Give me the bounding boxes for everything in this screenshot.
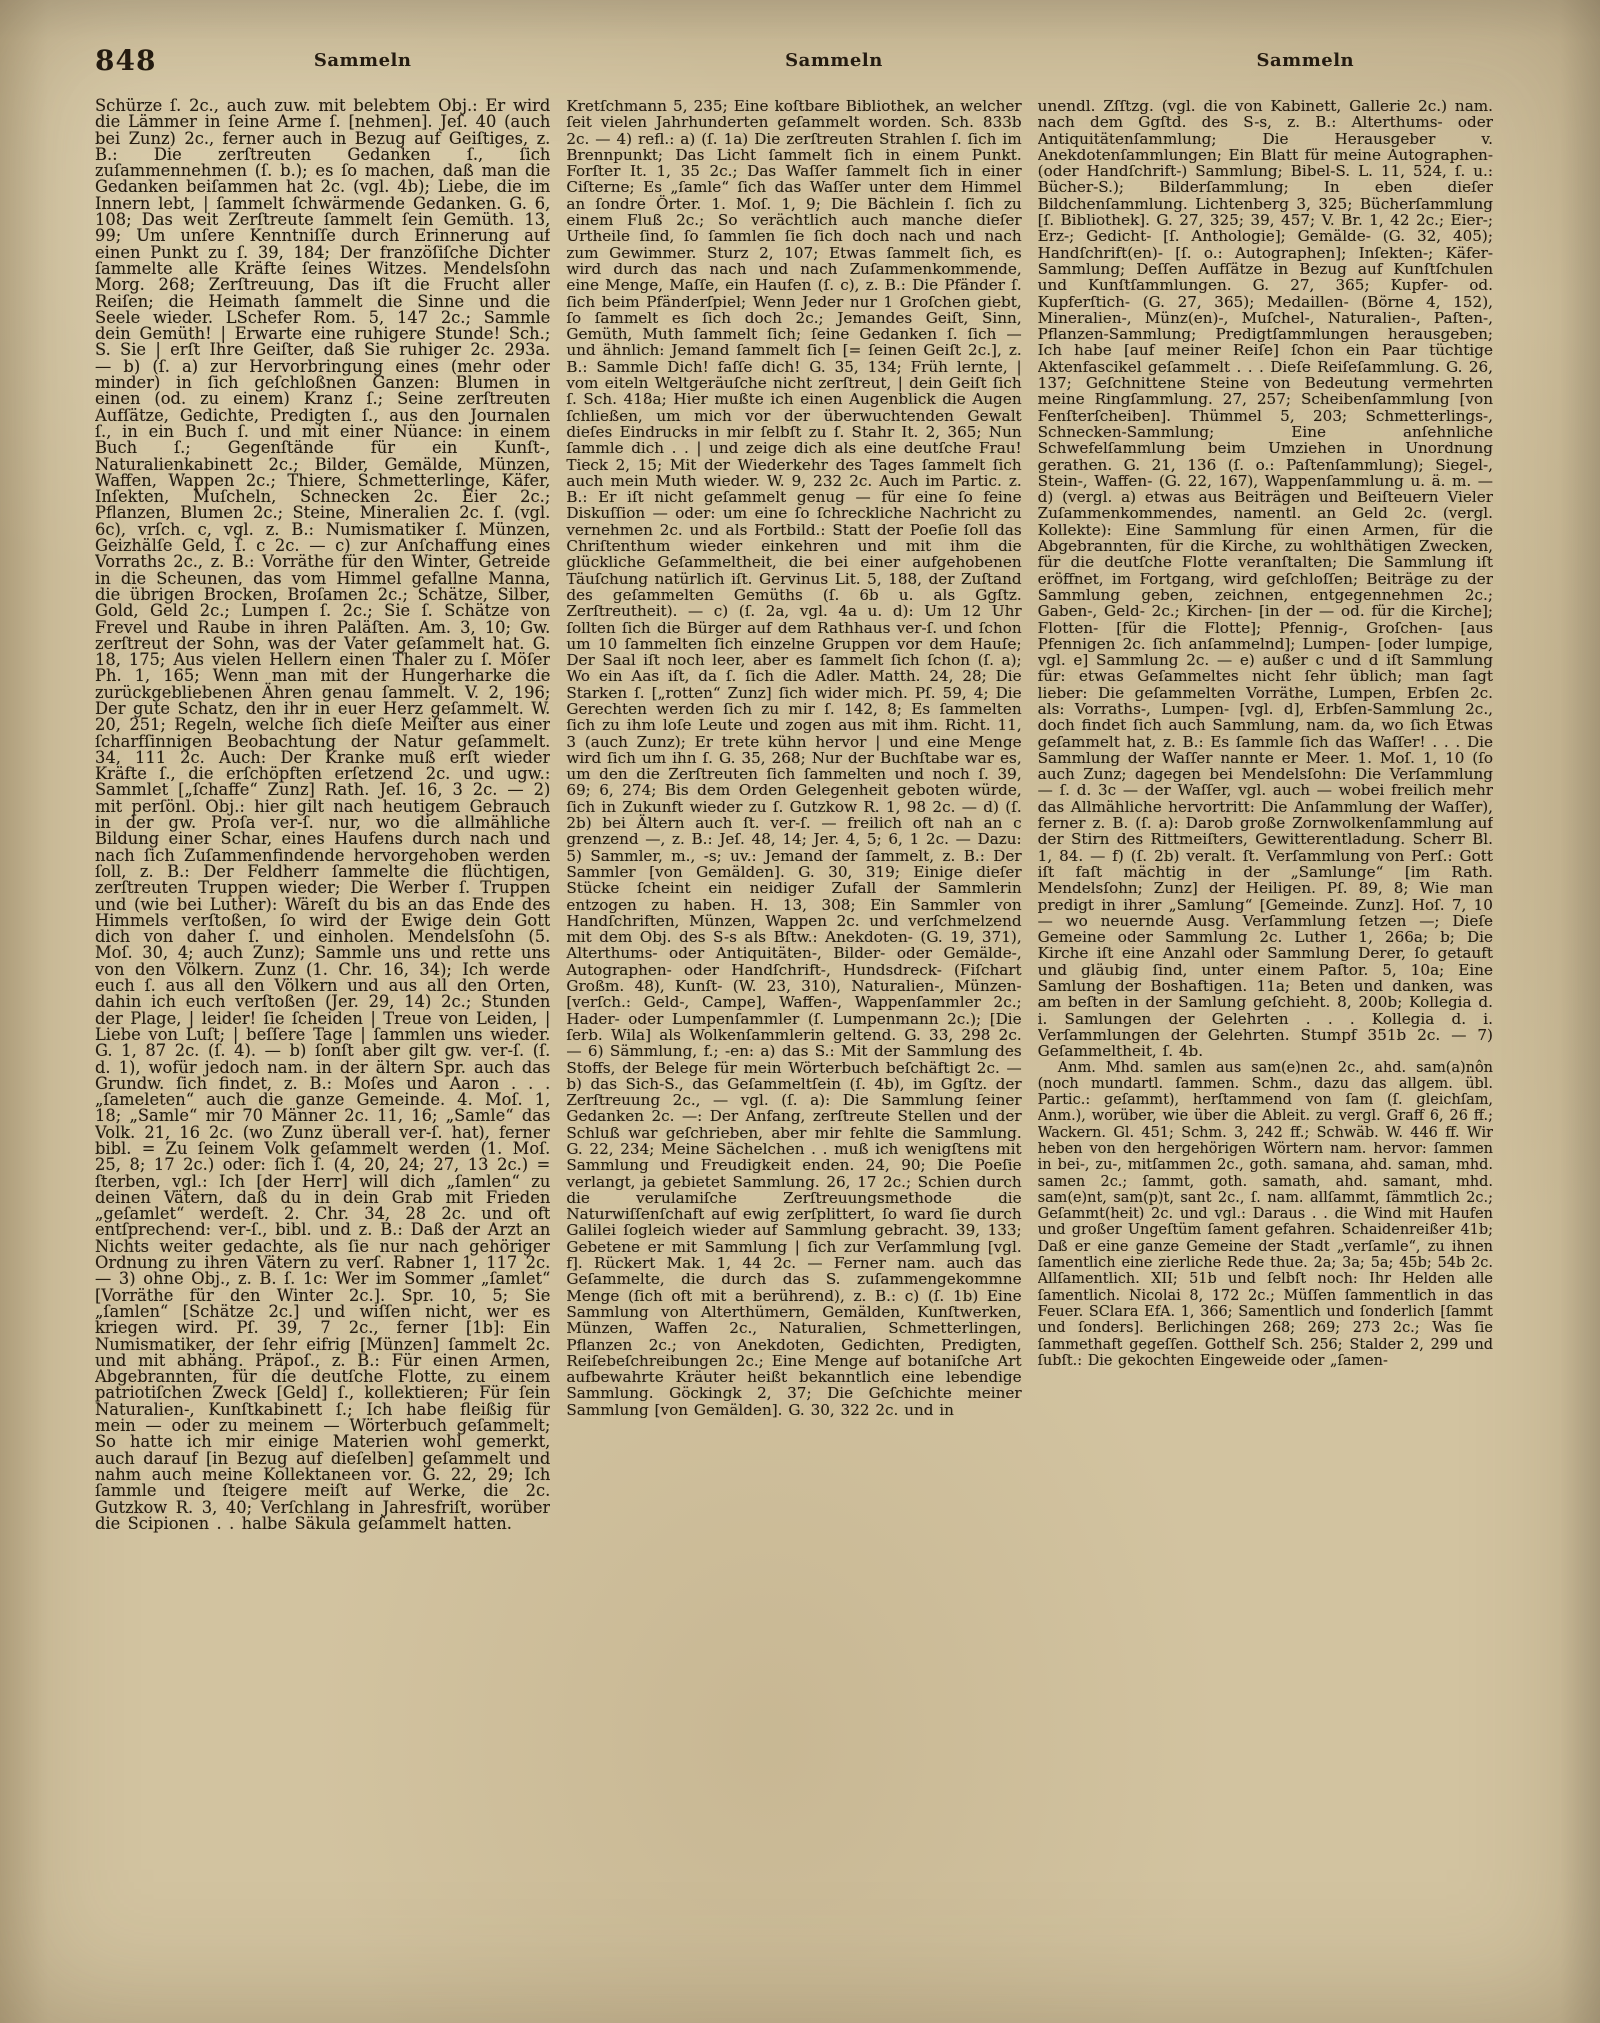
running-heads: Sammeln Sammeln Sammeln — [95, 50, 1493, 71]
column-2-text: Kretſchmann 5, 235; Eine koſtbare Biblio… — [566, 98, 1021, 1418]
column-2: Kretſchmann 5, 235; Eine koſtbare Biblio… — [566, 98, 1021, 1916]
text-block: Schürze ſ. 2c., auch zuw. mit belebtem O… — [95, 98, 1493, 1916]
column-1-text: Schürze ſ. 2c., auch zuw. mit belebtem O… — [95, 98, 550, 1532]
column-3-anmerkung: Anm. Mhd. samlen aus sam(e)nen 2c., ahd.… — [1038, 1060, 1493, 1370]
column-1: Schürze ſ. 2c., auch zuw. mit belebtem O… — [95, 98, 550, 1916]
running-head-right: Sammeln — [1078, 50, 1533, 71]
column-3: unendl. Zſſtzg. (vgl. die von Kabinett, … — [1038, 98, 1493, 1916]
running-head-center: Sammeln — [606, 50, 1061, 71]
running-head-left: Sammeln — [135, 50, 590, 71]
column-3-text: unendl. Zſſtzg. (vgl. die von Kabinett, … — [1038, 98, 1493, 1060]
